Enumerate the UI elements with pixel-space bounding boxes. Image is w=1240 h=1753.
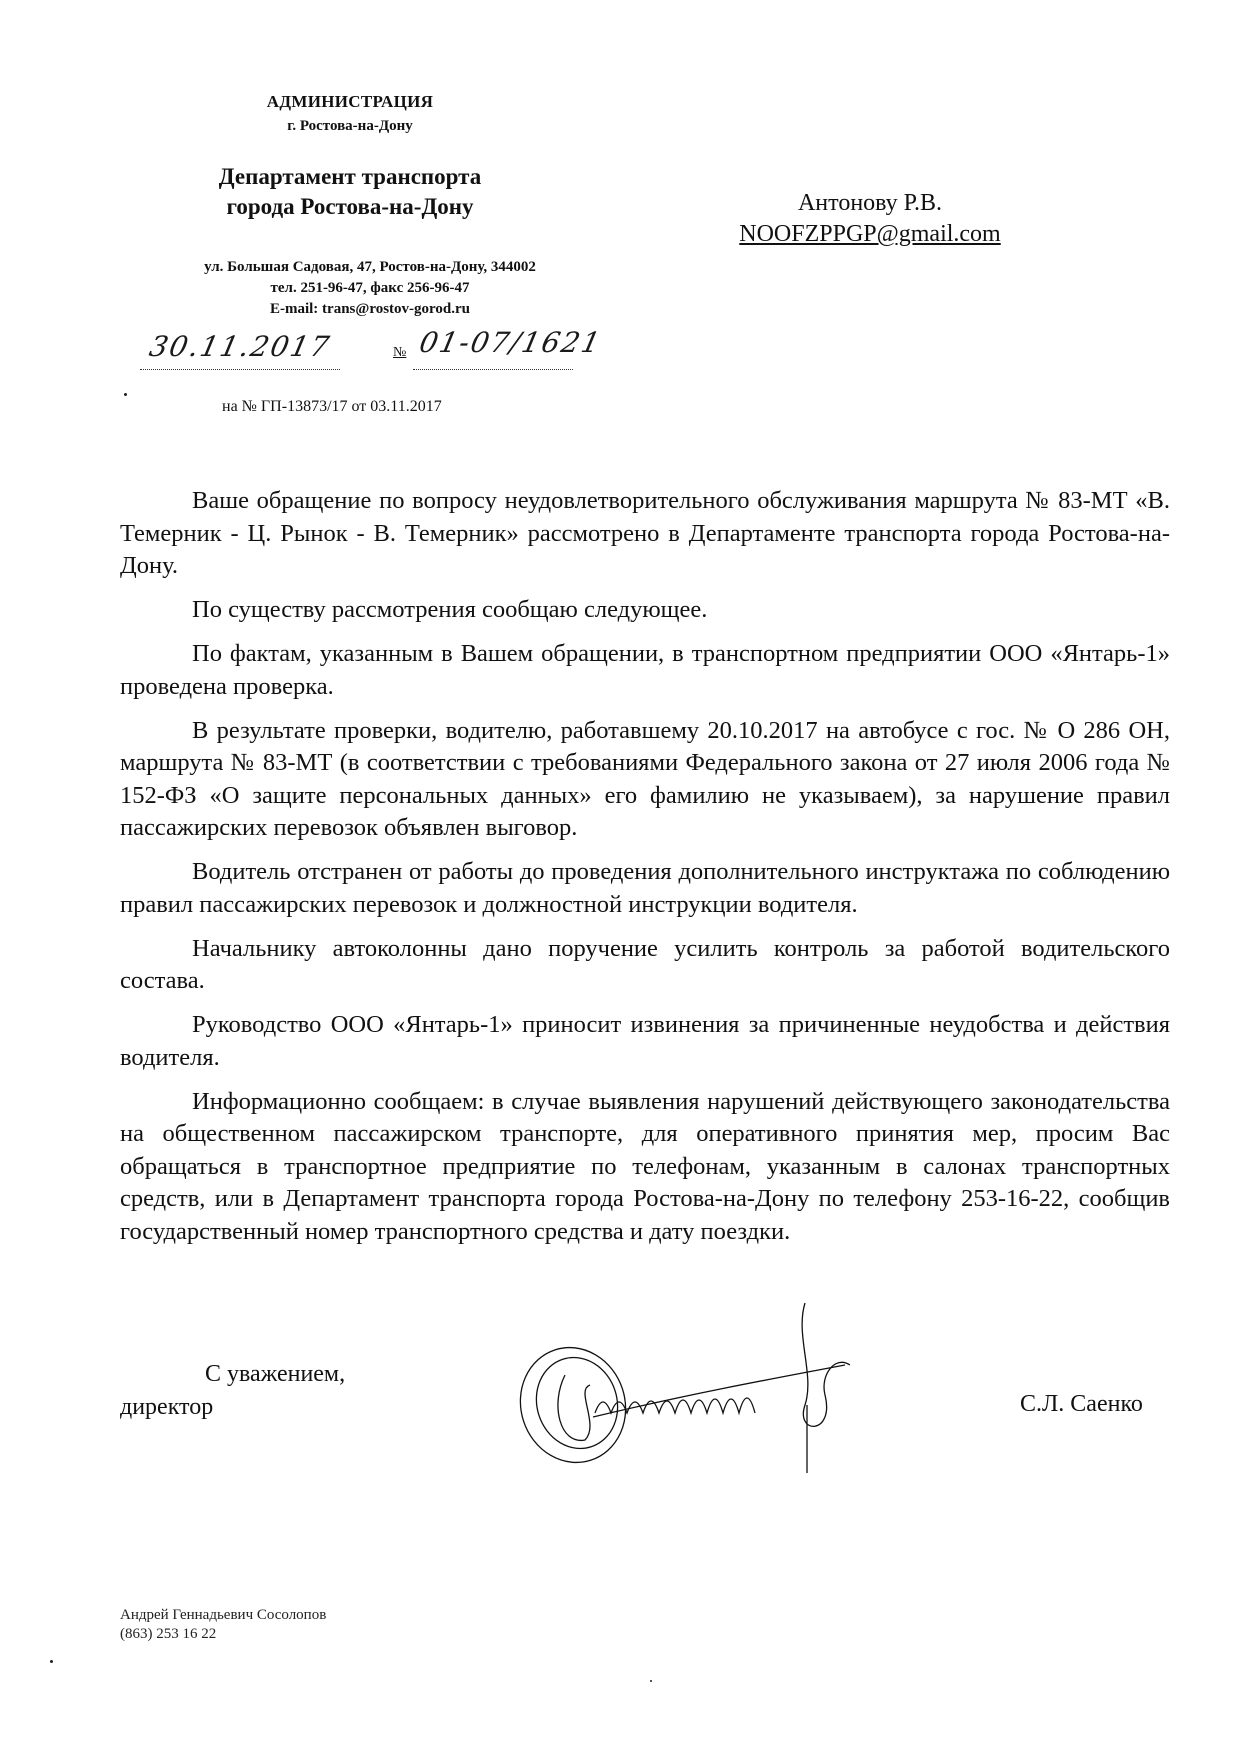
paragraph: Ваше обращение по вопросу неудовлетворит… xyxy=(120,485,1170,583)
paragraph: По фактам, указанным в Вашем обращении, … xyxy=(120,638,1170,703)
department-line-1: Департамент транспорта xyxy=(160,162,540,192)
handwritten-signature-icon xyxy=(505,1295,925,1475)
reference-number: на № ГП-13873/17 от 03.11.2017 xyxy=(222,398,442,416)
paragraph: По существу рассмотрения сообщаю следующ… xyxy=(120,594,1170,627)
organization-title: АДМИНИСТРАЦИЯ xyxy=(230,92,470,112)
handwritten-number: 01-07/1621 xyxy=(416,326,604,359)
paragraph: Информационно сообщаем: в случае выявлен… xyxy=(120,1086,1170,1249)
contact-block: ул. Большая Садовая, 47, Ростов-на-Дону,… xyxy=(130,257,610,320)
signer-position: директор xyxy=(120,1394,213,1421)
paragraph: Начальнику автоколонны дано поручение ус… xyxy=(120,933,1170,998)
scan-speck xyxy=(124,393,127,396)
paragraph: Руководство ООО «Янтарь-1» приносит изви… xyxy=(120,1009,1170,1074)
department-email: E-mail: trans@rostov-gorod.ru xyxy=(130,299,610,320)
address: ул. Большая Садовая, 47, Ростов-на-Дону,… xyxy=(130,257,610,278)
department-name: Департамент транспорта города Ростова-на… xyxy=(160,162,540,222)
recipient-email[interactable]: NOOFZPPGP@gmail.com xyxy=(680,219,1060,250)
signer-name: С.Л. Саенко xyxy=(1020,1391,1143,1418)
department-line-2: города Ростова-на-Дону xyxy=(160,192,540,222)
paragraph: Водитель отстранен от работы до проведен… xyxy=(120,856,1170,921)
number-label: № xyxy=(393,345,406,361)
paragraph: В результате проверки, водителю, работав… xyxy=(120,715,1170,845)
handwritten-date: 30.11.2017 xyxy=(146,330,333,363)
closing-phrase: С уважением, xyxy=(205,1361,345,1388)
phone-fax: тел. 251-96-47, факс 256-96-47 xyxy=(130,278,610,299)
recipient-block: Антонову Р.В. NOOFZPPGP@gmail.com xyxy=(680,188,1060,250)
organization-city: г. Ростова-на-Дону xyxy=(230,118,470,135)
recipient-name: Антонову Р.В. xyxy=(680,188,1060,219)
executor-phone: (863) 253 16 22 xyxy=(120,1625,326,1644)
scan-speck xyxy=(650,1680,652,1682)
executor-block: Андрей Геннадьевич Сосолопов (863) 253 1… xyxy=(120,1606,326,1644)
letter-body: Ваше обращение по вопросу неудовлетворит… xyxy=(120,485,1170,1260)
scan-speck xyxy=(50,1660,53,1663)
executor-name: Андрей Геннадьевич Сосолопов xyxy=(120,1606,326,1625)
